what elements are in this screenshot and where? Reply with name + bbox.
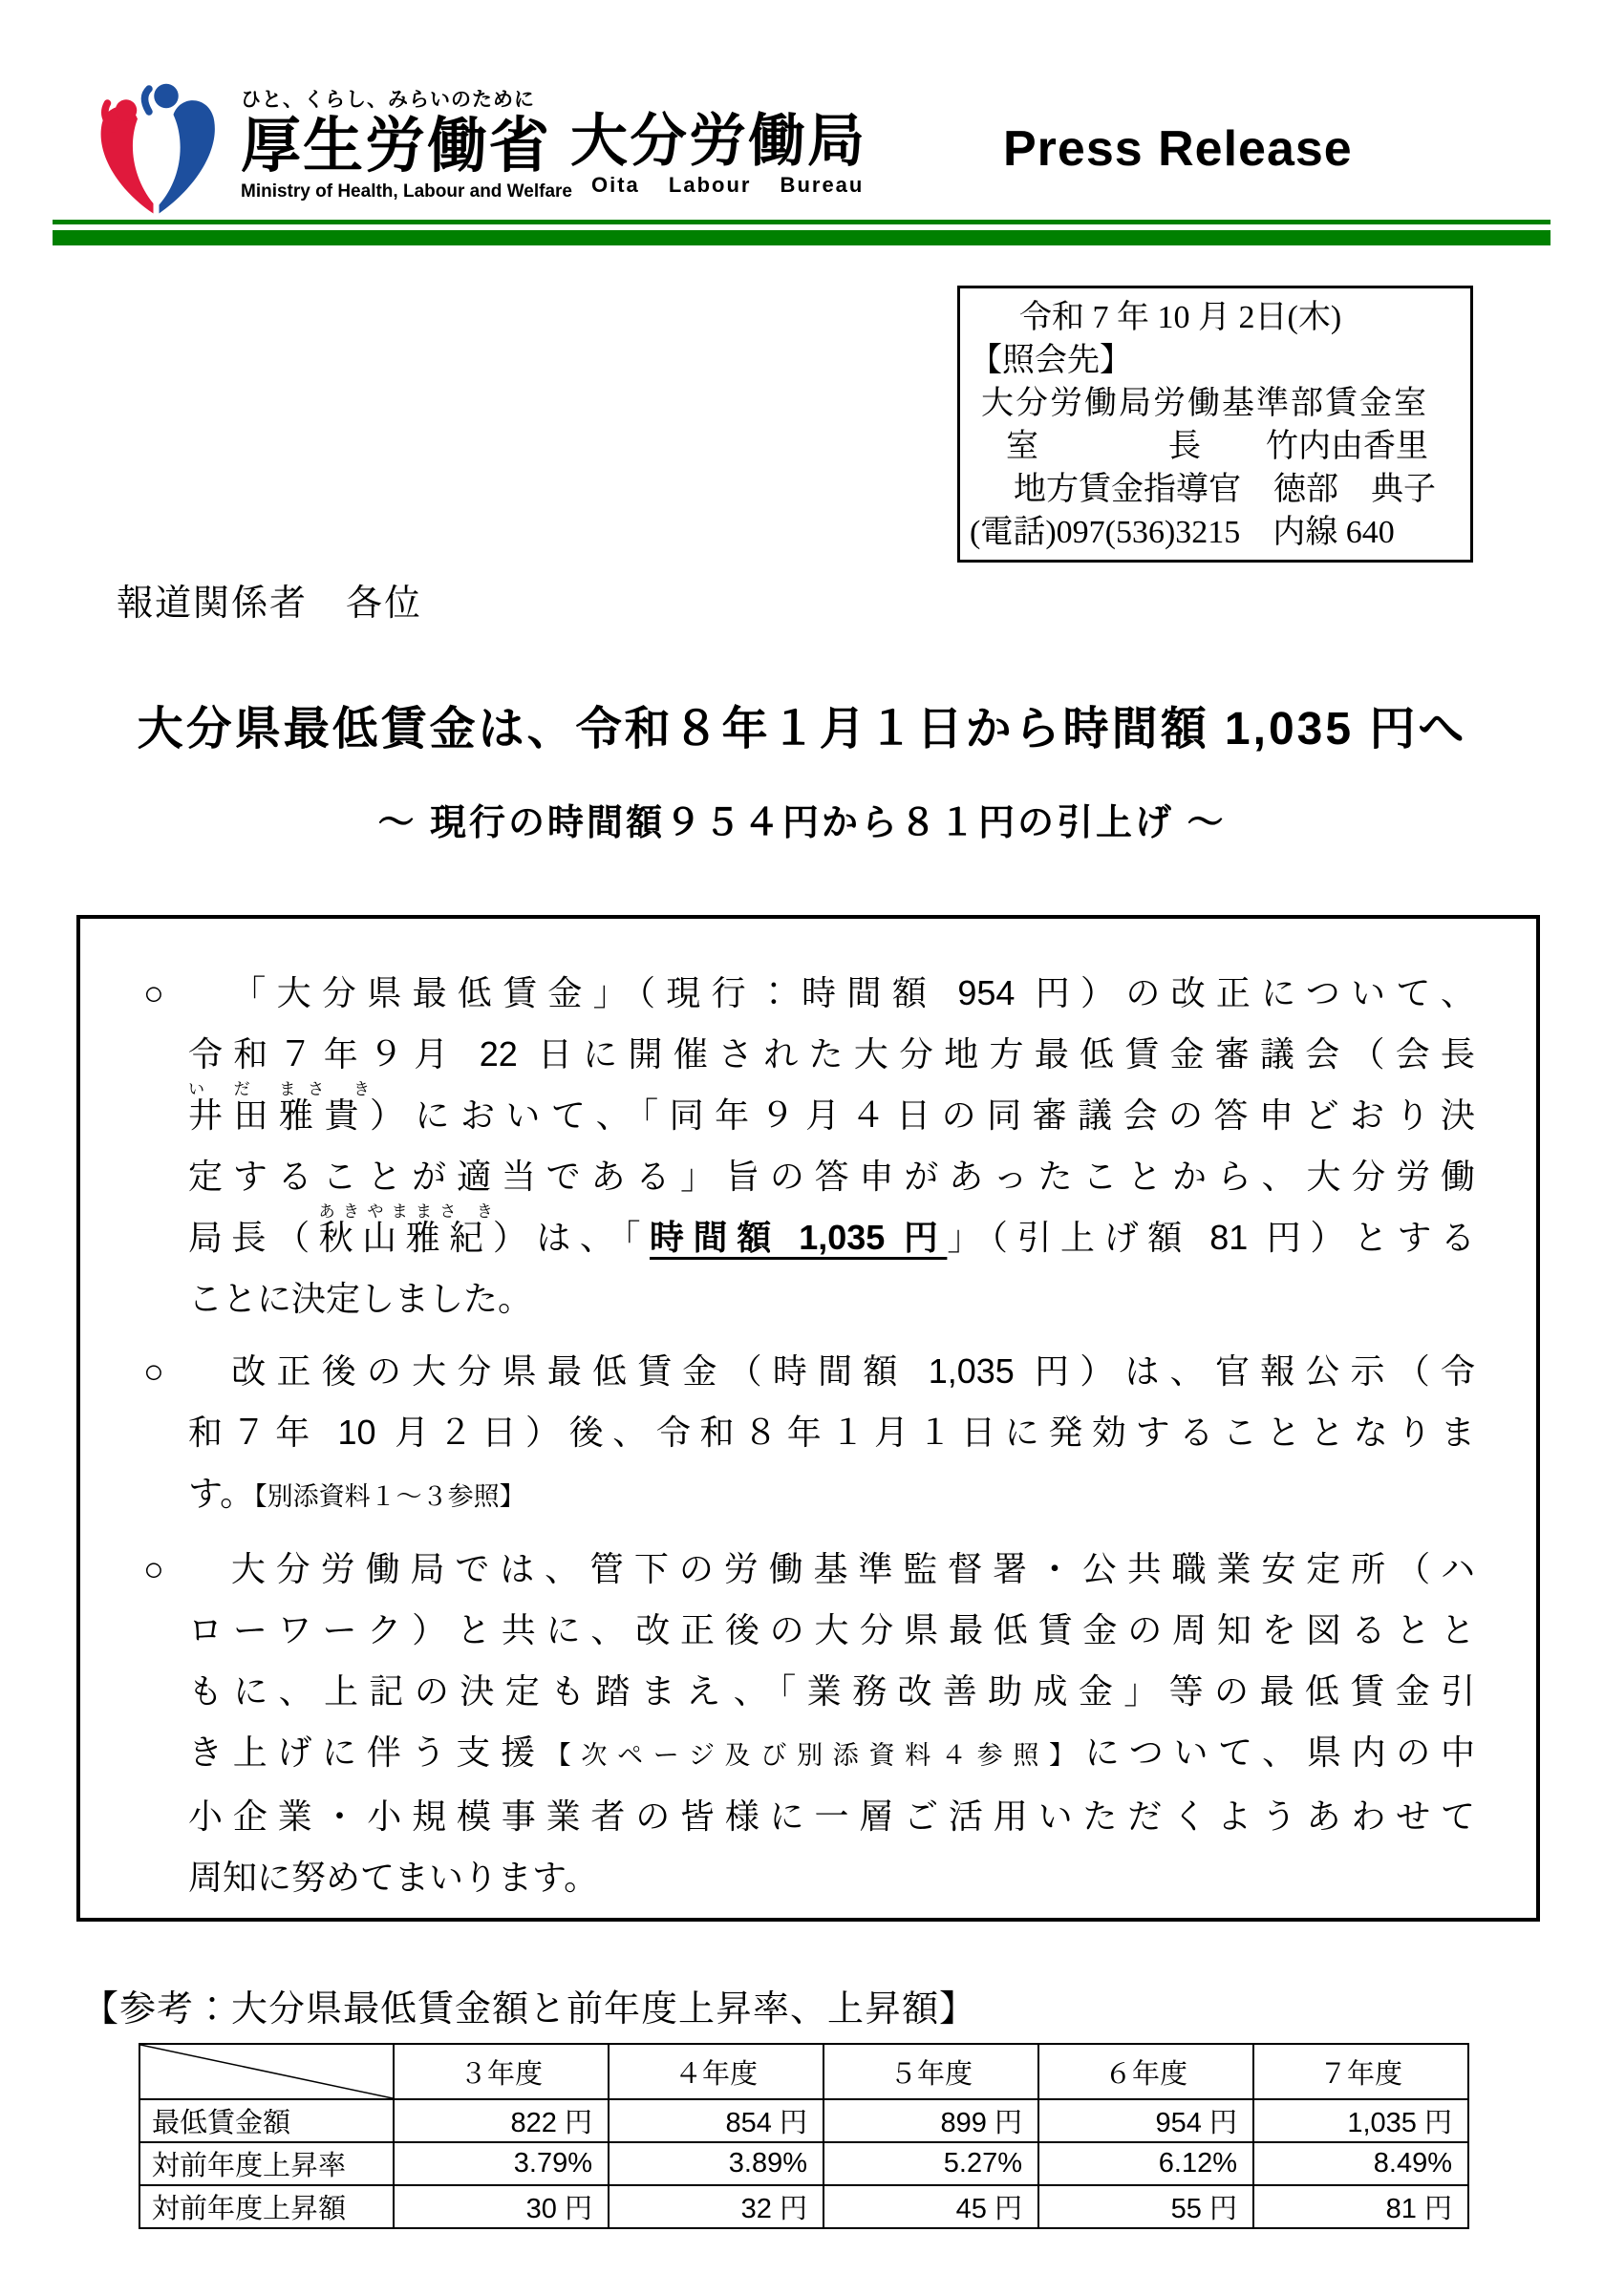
ruby-reading: あきやままさ き (319, 1203, 493, 1220)
summary-box: ○「大分県最低賃金」（現行：時間額 954 円）の改正について、 令和７年９月 … (76, 915, 1540, 1922)
contact-date: 令和 7 年 10 月 2日(木) (970, 296, 1463, 339)
green-rule-thick (53, 230, 1551, 245)
bureau-name-en: Oita Labour Bureau (570, 173, 866, 198)
contact-office: 大分労働局労働基準部賃金室 (970, 382, 1463, 425)
table-header-row: ３年度 ４年度 ５年度 ６年度 ７年度 (139, 2044, 1468, 2099)
bureau-logo-block: 大分労働局 Oita Labour Bureau (570, 111, 866, 198)
value-cell: 954 円 (1038, 2099, 1253, 2142)
body-line: 和７年 10 月２日）後、令和８年１月１日に発効することとなりま (143, 1402, 1475, 1463)
value-cell: 3.89% (609, 2142, 823, 2185)
table-row: 対前年度上昇額 30 円 32 円 45 円 55 円 81 円 (139, 2185, 1468, 2228)
table-header-cell: ６年度 (1038, 2044, 1253, 2099)
value-cell: 32 円 (609, 2185, 823, 2228)
value-cell: 822 円 (394, 2099, 609, 2142)
value-cell: 899 円 (823, 2099, 1038, 2142)
body-line: もに、上記の決定も踏まえ、「業務改善助成金」等の最低賃金引 (143, 1661, 1475, 1722)
bullet-marker: ○ (143, 1539, 221, 1600)
ministry-logo-block: ひと、くらし、みらいのために 厚生労働省 Ministry of Health,… (241, 84, 572, 202)
bullet-marker: ○ (143, 1341, 221, 1402)
page-title: 大分県最低賃金は、令和８年１月１日から時間額 1,035 円へ (0, 691, 1604, 757)
press-release-label: Press Release (1003, 120, 1353, 178)
page-subtitle: ～ 現行の時間額９５４円から８１円の引上げ ～ (0, 793, 1604, 845)
contact-box: 令和 7 年 10 月 2日(木) 【照会先】 大分労働局労働基準部賃金室 室 … (957, 286, 1473, 563)
attachment-ref: 【別添資料１～３参照】 (254, 1482, 525, 1511)
body-line: ○改正後の大分県最低賃金（時間額 1,035 円）は、官報公示（令 (143, 1341, 1475, 1402)
ministry-name-en: Ministry of Health, Labour and Welfare (241, 181, 572, 202)
reference-table: ３年度 ４年度 ５年度 ６年度 ７年度 最低賃金額 822 円 854 円 89… (139, 2043, 1469, 2229)
contact-phone: (電話)097(536)3215 内線 640 (970, 511, 1463, 554)
table-row: 最低賃金額 822 円 854 円 899 円 954 円 1,035 円 (139, 2099, 1468, 2142)
table-header-cell: ４年度 (609, 2044, 823, 2099)
contact-officer: 地方賃金指導官 徳部 典子 (970, 468, 1463, 511)
body-line: 局長（あきやままさ き秋山雅紀）は、「時間額 1,035 円」（引上げ額 81 … (143, 1207, 1475, 1268)
value-cell: 55 円 (1038, 2185, 1253, 2228)
body-line: 定することが適当である」旨の答申があったことから、大分労働 (143, 1146, 1475, 1207)
body-line: 令和７年９月 22 日に開催された大分地方最低賃金審議会（会長 (143, 1024, 1475, 1085)
ruby-name: い だ まさ き井田雅貴 (188, 1095, 370, 1135)
body-line: ことに決定しました。 (143, 1268, 1475, 1329)
contact-chief: 室 長 竹内由香里 (970, 425, 1463, 468)
value-cell: 5.27% (823, 2142, 1038, 2185)
table-row: 対前年度上昇率 3.79% 3.89% 5.27% 6.12% 8.49% (139, 2142, 1468, 2185)
body-paragraph: ○大分労働局では、管下の労働基準監督署・公共職業安定所（ハ ローワーク）と共に、… (143, 1539, 1475, 1908)
value-cell: 81 円 (1253, 2185, 1468, 2228)
reference-caption: 【参考：大分県最低賃金額と前年度上昇率、上昇額】 (82, 1979, 976, 2031)
ruby-reading: い だ まさ き (188, 1081, 370, 1097)
body-line: す。【別添資料１～３参照】 (143, 1463, 1475, 1527)
table-header-cell: ５年度 (823, 2044, 1038, 2099)
body-line: 周知に努めてまいります。 (143, 1847, 1475, 1908)
body-line: い だ まさ き井田雅貴）において、「同年９月４日の同審議会の答申どおり決 (143, 1085, 1475, 1146)
body-line: ○大分労働局では、管下の労働基準監督署・公共職業安定所（ハ (143, 1539, 1475, 1600)
body-line: き上げに伴う支援【次ページ及び別添資料４参照】について、県内の中 (143, 1722, 1475, 1786)
bullet-marker: ○ (143, 963, 221, 1024)
body-paragraph: ○「大分県最低賃金」（現行：時間額 954 円）の改正について、 令和７年９月 … (143, 963, 1475, 1329)
salutation: 報道関係者 各位 (117, 573, 422, 626)
value-cell: 1,035 円 (1253, 2099, 1468, 2142)
green-rule-thin (53, 220, 1551, 224)
ministry-tagline: ひと、くらし、みらいのために (241, 84, 572, 113)
body-line: ローワーク）と共に、改正後の大分県最低賃金の周知を図るとと (143, 1600, 1475, 1661)
value-cell: 3.79% (394, 2142, 609, 2185)
mhlw-logo-icon (86, 80, 229, 223)
table-header-cell: ７年度 (1253, 2044, 1468, 2099)
body-line: 小企業・小規模事業者の皆様に一層ご活用いただくようあわせて (143, 1786, 1475, 1847)
table-diagonal-cell (139, 2044, 394, 2099)
emphasis-wage: 時間額 1,035 円 (650, 1218, 947, 1257)
bureau-name-ja: 大分労働局 (570, 111, 866, 171)
value-cell: 45 円 (823, 2185, 1038, 2228)
row-label: 最低賃金額 (139, 2099, 394, 2142)
attachment-ref: 【次ページ及び別添資料４参照】 (545, 1741, 1085, 1770)
value-cell: 8.49% (1253, 2142, 1468, 2185)
body-line: ○「大分県最低賃金」（現行：時間額 954 円）の改正について、 (143, 963, 1475, 1024)
value-cell: 854 円 (609, 2099, 823, 2142)
value-cell: 6.12% (1038, 2142, 1253, 2185)
diagonal-line (140, 2045, 393, 2098)
row-label: 対前年度上昇額 (139, 2185, 394, 2228)
contact-inquiry-label: 【照会先】 (970, 339, 1463, 382)
row-label: 対前年度上昇率 (139, 2142, 394, 2185)
ministry-name-ja: 厚生労働省 (241, 115, 572, 178)
ruby-name: あきやままさ き秋山雅紀 (319, 1218, 493, 1257)
value-cell: 30 円 (394, 2185, 609, 2228)
table-header-cell: ３年度 (394, 2044, 609, 2099)
press-release-page: ひと、くらし、みらいのために 厚生労働省 Ministry of Health,… (0, 0, 1604, 2296)
body-paragraph: ○改正後の大分県最低賃金（時間額 1,035 円）は、官報公示（令 和７年 10… (143, 1341, 1475, 1527)
